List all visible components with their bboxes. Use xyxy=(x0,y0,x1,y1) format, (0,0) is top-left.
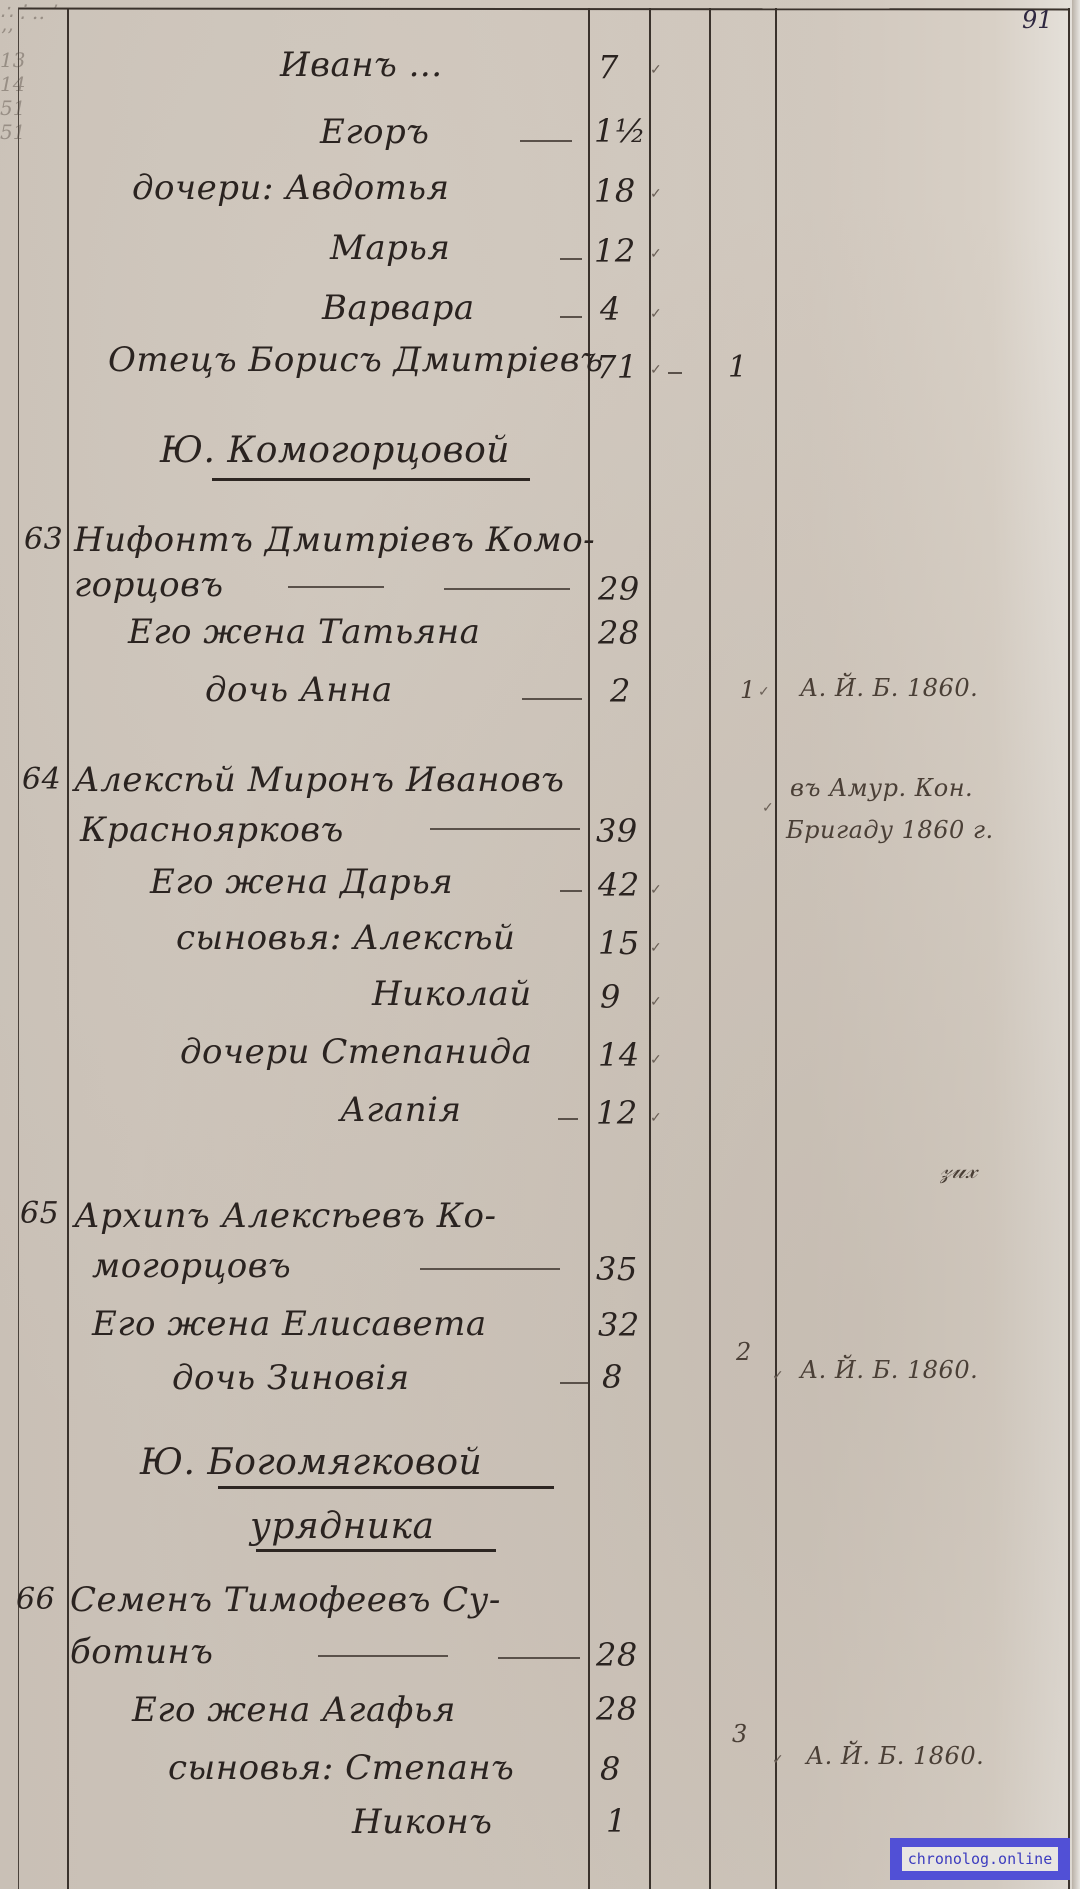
dash xyxy=(430,828,580,830)
note-count: 3 xyxy=(732,1720,748,1748)
entry-age: 8 xyxy=(602,1358,623,1396)
household-head-name: Семенъ Тимофеевъ Су- xyxy=(70,1580,501,1620)
household-head-name: Алексѣй Миронъ Ивановъ xyxy=(74,760,564,800)
entry-number: 66 xyxy=(16,1582,55,1617)
dash xyxy=(498,1657,580,1659)
entry-age: 14 xyxy=(598,1036,640,1074)
heading-underline xyxy=(218,1486,554,1489)
section-subheading: урядника xyxy=(250,1506,434,1547)
entry-age: 35 xyxy=(596,1250,638,1288)
member-name: Агапія xyxy=(340,1090,462,1130)
check-mark: ✓ xyxy=(650,940,662,956)
watermark-text: chronolog.online xyxy=(902,1847,1059,1871)
entry-age: 1½ xyxy=(594,112,646,150)
column-rule-3 xyxy=(709,8,711,1889)
entry-number: 65 xyxy=(20,1196,59,1231)
check-mark: ✓ xyxy=(650,362,662,378)
note-count: 1 xyxy=(740,676,756,704)
entry-age: 18 xyxy=(594,172,636,210)
entry-name: дочери: Авдотья xyxy=(132,168,450,208)
entry-number: 64 xyxy=(22,762,61,797)
check-mark: ✓ xyxy=(650,306,662,322)
entry-age: 1 xyxy=(606,1802,627,1840)
member-name: дочь Зиновія xyxy=(172,1358,410,1398)
entry-age: 9 xyxy=(600,978,621,1016)
dash xyxy=(420,1268,560,1270)
member-name: сыновья: Степанъ xyxy=(168,1748,514,1788)
note-text: А. Й. Б. 1860. xyxy=(800,1356,978,1384)
margin-signature: 𝓏𝓊𝓍 xyxy=(940,1156,978,1184)
household-head-name: Нифонтъ Дмитріевъ Комо- xyxy=(74,520,595,560)
dash xyxy=(560,258,582,260)
check-mark: ✓ xyxy=(650,994,662,1010)
entry-age: 28 xyxy=(596,1690,638,1728)
column-rule-right xyxy=(1068,8,1070,1889)
member-name: дочь Анна xyxy=(205,670,393,710)
subheading-underline xyxy=(256,1549,496,1552)
dash xyxy=(560,316,582,318)
watermark-badge: chronolog.online xyxy=(890,1838,1070,1880)
page-edge xyxy=(1072,0,1080,1889)
entry-age: 7 xyxy=(598,48,619,86)
entry-number: 63 xyxy=(24,522,63,557)
member-name: Его жена Татьяна xyxy=(128,612,480,652)
section-heading: Ю. Комогорцовой xyxy=(160,430,510,471)
check-mark: ✓ xyxy=(650,186,662,202)
check-mark: ✓ xyxy=(762,800,774,816)
entry-name: Иванъ ... xyxy=(280,45,443,85)
check-mark: ✓ xyxy=(650,882,662,898)
entry-age: 12 xyxy=(596,1094,638,1132)
household-head-name-cont: ботинъ xyxy=(70,1632,213,1672)
entry-age: 2 xyxy=(610,672,631,710)
entry-age: 29 xyxy=(598,570,640,608)
note-count: 2 xyxy=(736,1338,752,1366)
dash xyxy=(560,1382,588,1384)
check-mark: ✓ xyxy=(758,684,770,700)
heading-underline xyxy=(212,478,530,481)
dash xyxy=(522,698,582,700)
check-mark: ✓ xyxy=(650,62,662,78)
section-heading: Ю. Богомягковой xyxy=(140,1442,482,1483)
check-mark: ✓ xyxy=(650,1110,662,1126)
member-name: Его жена Елисавета xyxy=(92,1304,487,1344)
household-head-name-cont: могорцовъ xyxy=(92,1246,291,1286)
member-name: Его жена Дарья xyxy=(150,862,453,902)
member-name: Николай xyxy=(372,974,532,1014)
household-head-name: Архипъ Алексѣевъ Ко- xyxy=(74,1196,496,1236)
entry-name: Отецъ Борисъ Дмитріевъ xyxy=(108,340,603,380)
household-head-name-cont: горцовъ xyxy=(74,565,224,605)
note-text: въ Амур. Кон. xyxy=(790,774,973,802)
entry-name: Марья xyxy=(330,228,450,268)
dash xyxy=(288,586,384,588)
member-name: Никонъ xyxy=(352,1802,492,1842)
entry-age: 12 xyxy=(594,232,636,270)
column-rule-age xyxy=(588,8,590,1889)
entry-age: 42 xyxy=(598,866,640,904)
entry-age: 71 xyxy=(596,348,638,386)
check-mark: ✓ xyxy=(650,1052,662,1068)
entry-age: 32 xyxy=(598,1306,640,1344)
member-name: сыновья: Алексѣй xyxy=(176,918,515,958)
dash xyxy=(318,1655,448,1657)
entry-age: 28 xyxy=(596,1636,638,1674)
entry-age: 8 xyxy=(600,1750,621,1788)
household-head-name-cont: Красноярковъ xyxy=(80,810,344,850)
dash xyxy=(520,140,572,142)
dash xyxy=(668,372,682,374)
entry-name: Егоръ xyxy=(320,112,429,152)
entry-age: 4 xyxy=(600,290,621,328)
dash xyxy=(560,890,582,892)
check-mark: ✓ xyxy=(772,1368,784,1384)
note-text: А. Й. Б. 1860. xyxy=(806,1742,984,1770)
entry-name: Варвара xyxy=(322,288,475,328)
margin-rule-number xyxy=(67,8,69,1889)
note-text: А. Й. Б. 1860. xyxy=(800,674,978,702)
column-rule-notes xyxy=(775,8,777,1889)
entry-age: 28 xyxy=(598,614,640,652)
note-text: Бригаду 1860 г. xyxy=(786,816,994,844)
dash xyxy=(444,588,570,590)
check-mark: ✓ xyxy=(650,246,662,262)
member-name: Его жена Агафья xyxy=(132,1690,456,1730)
check-mark: ✓ xyxy=(772,1752,784,1768)
member-name: дочери Степанида xyxy=(180,1032,532,1072)
entry-age: 15 xyxy=(598,924,640,962)
entry-age: 39 xyxy=(596,812,638,850)
dash xyxy=(558,1118,578,1120)
page-number: 91 xyxy=(1022,6,1053,34)
count-value: 1 xyxy=(728,350,748,385)
